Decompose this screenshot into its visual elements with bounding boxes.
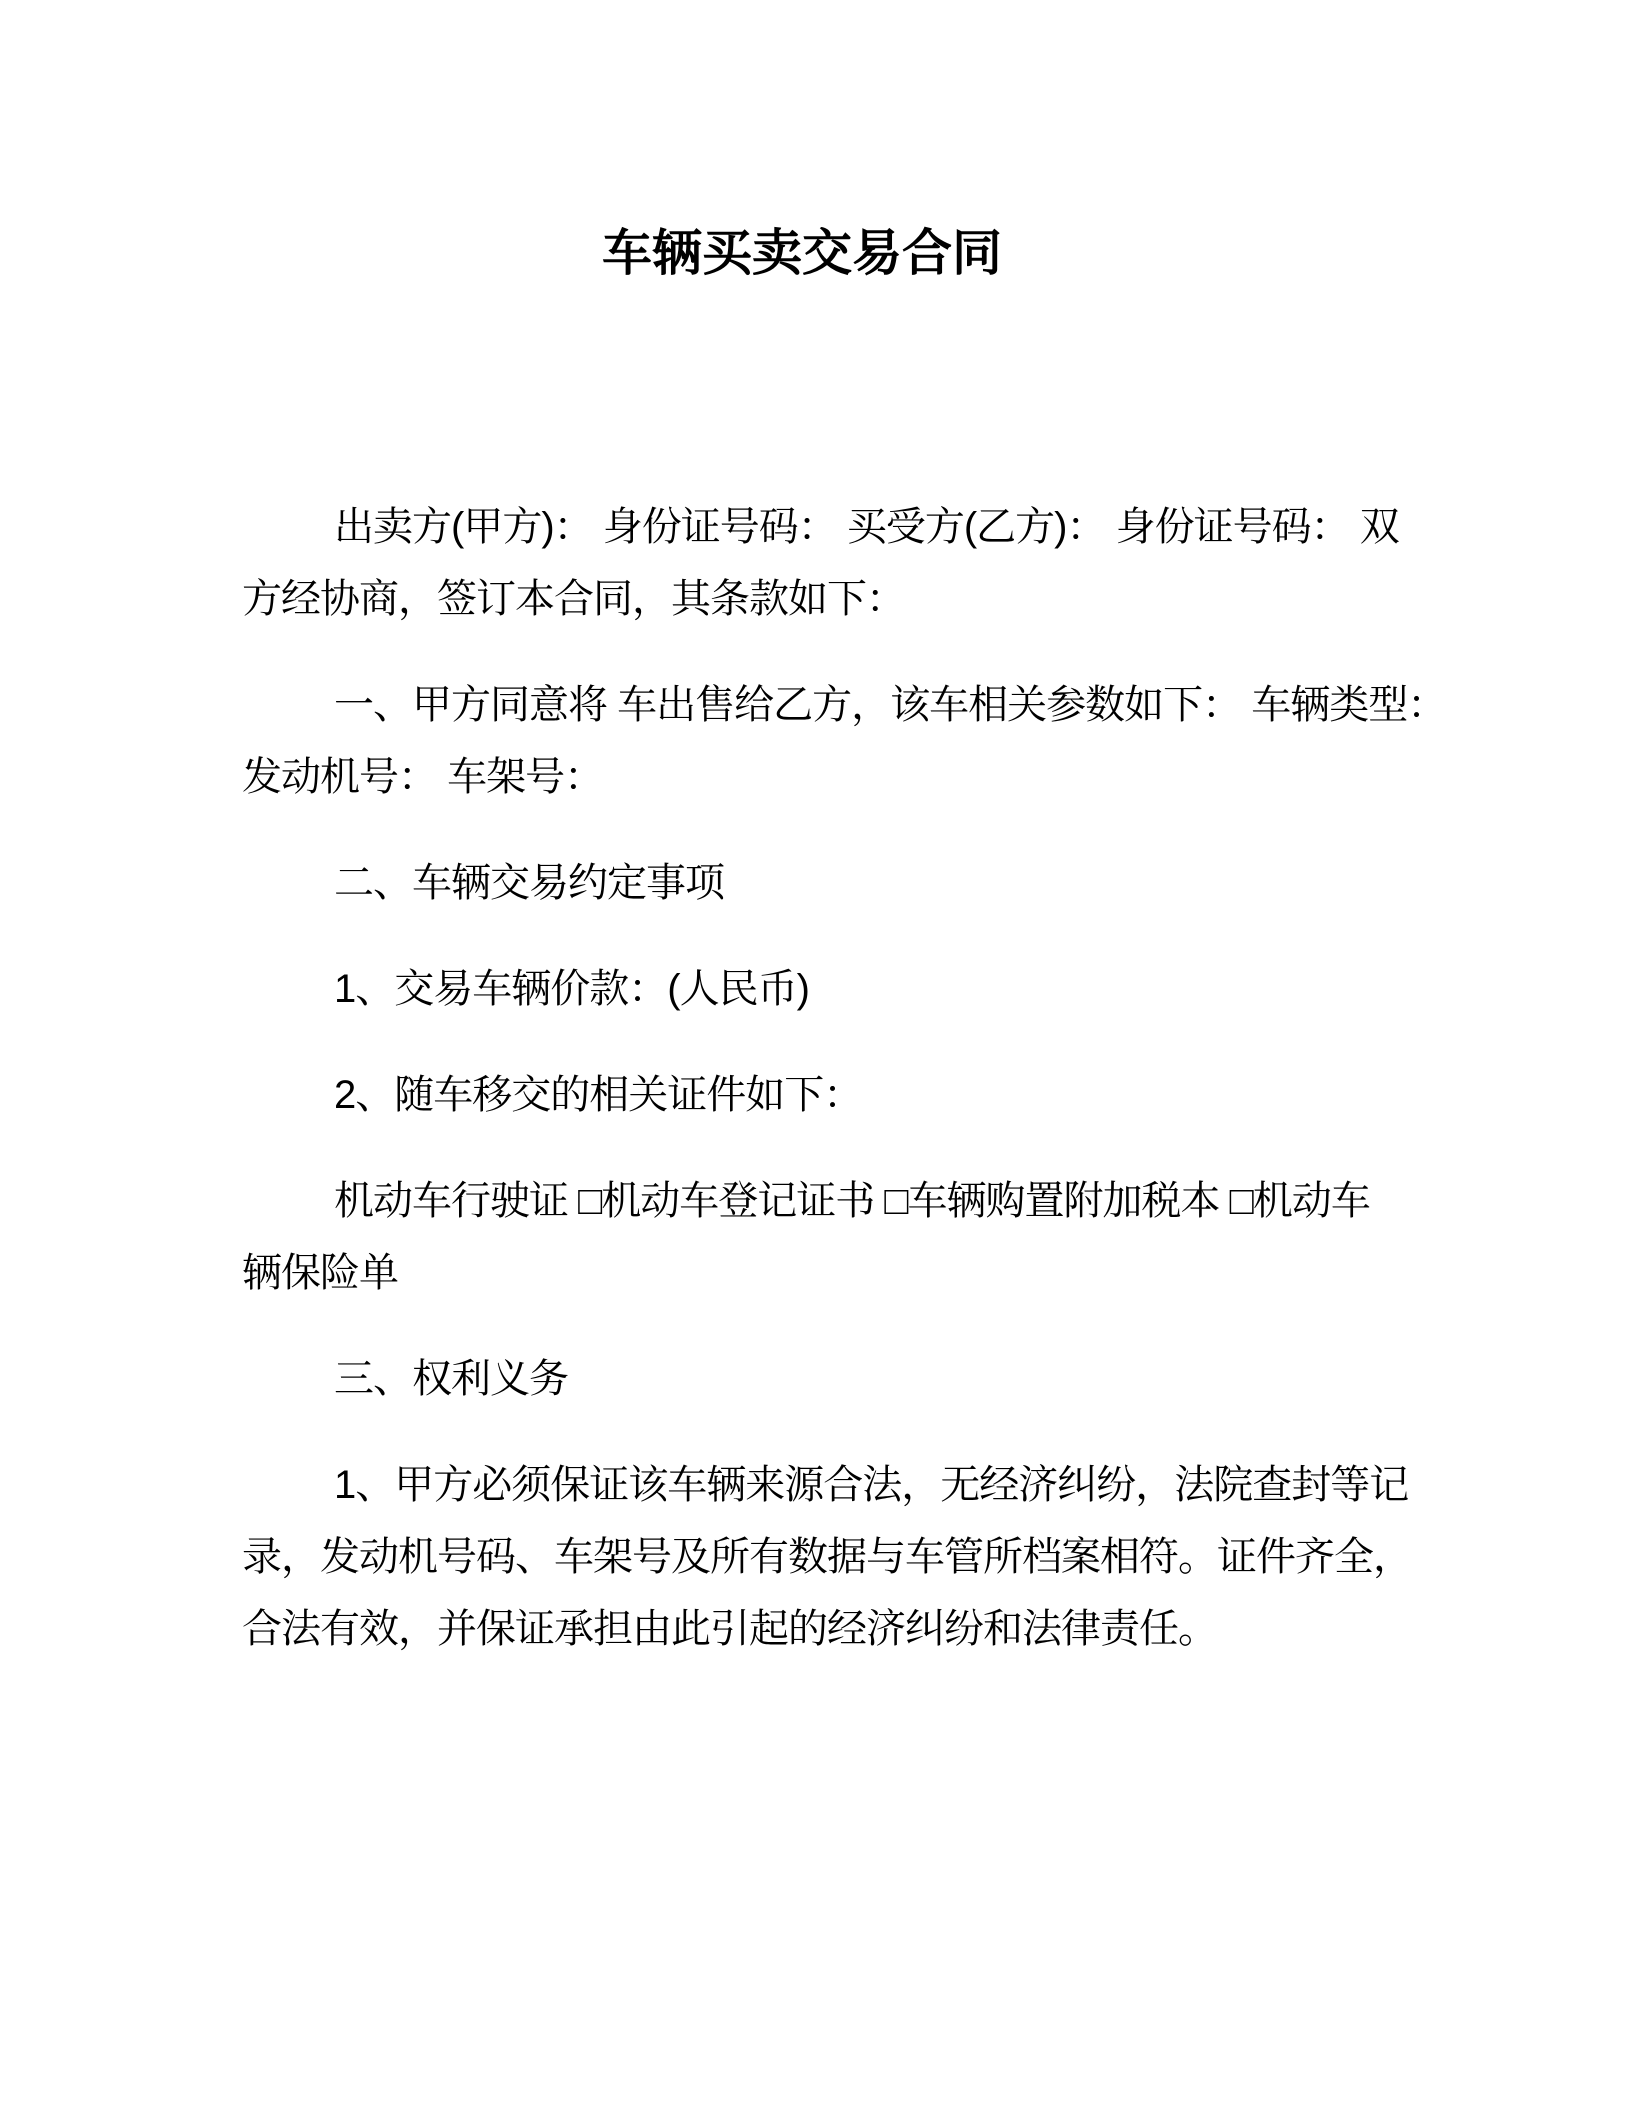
paragraph-clause-2-documents-list: 机动车行驶证 □机动车登记证书 □车辆购置附加税本 □机动车 辆保险单 bbox=[242, 1165, 1362, 1309]
text-line: 出卖方(甲方)： 身份证号码： 买受方(乙方)： 身份证号码： 双 bbox=[242, 491, 1362, 563]
text-line: 合法有效，并保证承担由此引起的经济纠纷和法律责任。 bbox=[242, 1593, 1362, 1665]
paragraph-clause-3-heading: 三、权利义务 bbox=[242, 1343, 1362, 1415]
text-line: 发动机号： 车架号： bbox=[242, 741, 1362, 813]
document-title: 车辆买卖交易合同 bbox=[242, 217, 1362, 289]
text-line: 方经协商，签订本合同，其条款如下： bbox=[242, 563, 1362, 635]
paragraph-clause-3-item-1: 1、甲方必须保证该车辆来源合法，无经济纠纷，法院查封等记 录，发动机号码、车架号… bbox=[242, 1449, 1362, 1665]
document-body: 车辆买卖交易合同 出卖方(甲方)： 身份证号码： 买受方(乙方)： 身份证号码：… bbox=[242, 0, 1362, 1699]
text-line-with-checkbox-icons: 机动车行驶证 □机动车登记证书 □车辆购置附加税本 □机动车 bbox=[242, 1165, 1362, 1237]
text-line: 二、车辆交易约定事项 bbox=[242, 847, 1362, 919]
paragraph-clause-2-price: 1、交易车辆价款：(人民币) bbox=[242, 953, 1362, 1025]
text-line: 2、随车移交的相关证件如下： bbox=[242, 1059, 1362, 1131]
text-line: 1、交易车辆价款：(人民币) bbox=[242, 953, 1362, 1025]
text-line: 一、甲方同意将 车出售给乙方，该车相关参数如下： 车辆类型： bbox=[242, 669, 1362, 741]
text-line: 录，发动机号码、车架号及所有数据与车管所档案相符。证件齐全， bbox=[242, 1521, 1362, 1593]
contract-page: 车辆买卖交易合同 出卖方(甲方)： 身份证号码： 买受方(乙方)： 身份证号码：… bbox=[0, 0, 1632, 2112]
text-line: 1、甲方必须保证该车辆来源合法，无经济纠纷，法院查封等记 bbox=[242, 1449, 1362, 1521]
paragraph-parties: 出卖方(甲方)： 身份证号码： 买受方(乙方)： 身份证号码： 双 方经协商，签… bbox=[242, 491, 1362, 635]
paragraph-clause-2-documents-heading: 2、随车移交的相关证件如下： bbox=[242, 1059, 1362, 1131]
text-line: 三、权利义务 bbox=[242, 1343, 1362, 1415]
text-line: 辆保险单 bbox=[242, 1237, 1362, 1309]
paragraph-clause-2-heading: 二、车辆交易约定事项 bbox=[242, 847, 1362, 919]
paragraph-clause-1-vehicle: 一、甲方同意将 车出售给乙方，该车相关参数如下： 车辆类型： 发动机号： 车架号… bbox=[242, 669, 1362, 813]
